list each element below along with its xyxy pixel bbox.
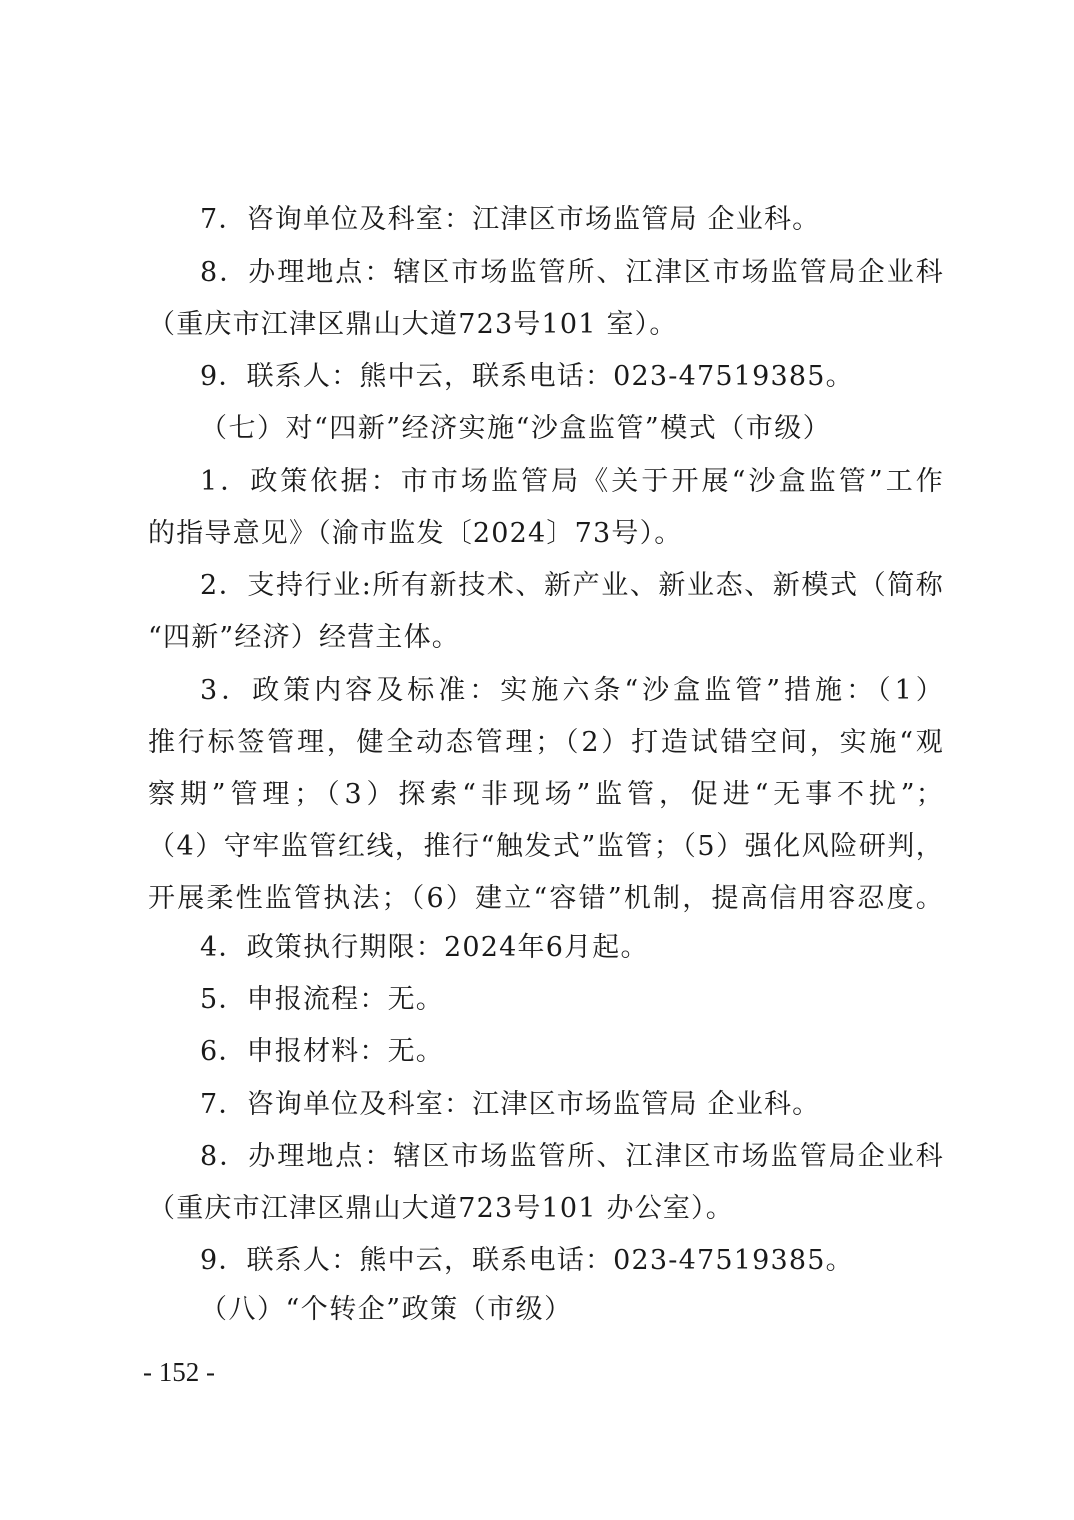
item-period: 4．政策执行期限：2024年6月起。 (200, 928, 944, 968)
item-location-2-line1: 8．办理地点：辖区市场监管所、江津区市场监管局企业科 (200, 1137, 944, 1177)
document-page: 7．咨询单位及科室：江津区市场监管局 企业科。 8．办理地点：辖区市场监管所、江… (0, 0, 1074, 1520)
section-heading-8: （八）“个转企”政策（市级） (200, 1290, 996, 1330)
item-content-line5: 开展柔性监管执法；（6）建立“容错”机制，提高信用容忍度。 (148, 879, 944, 919)
item-industry-line1: 2．支持行业:所有新技术、新产业、新业态、新模式（简称 (200, 566, 944, 606)
item-contact-2: 9．联系人：熊中云，联系电话：023-47519385。 (200, 1241, 944, 1281)
page-number: - 152 - (143, 1354, 215, 1390)
item-content-line2: 推行标签管理，健全动态管理；（2）打造试错空间，实施“观 (148, 723, 944, 763)
item-content-line3: 察期”管理；（3）探索“非现场”监管，促进“无事不扰”； (148, 775, 944, 815)
item-location-line2: （重庆市江津区鼎山大道723号101 室）。 (148, 305, 944, 345)
item-content-line4: （4）守牢监管红线，推行“触发式”监管；（5）强化风险研判， (148, 827, 944, 867)
item-industry-line2: “四新”经济）经营主体。 (148, 618, 944, 658)
item-consult-unit: 7．咨询单位及科室：江津区市场监管局 企业科。 (200, 200, 944, 240)
item-materials: 6．申报材料：无。 (200, 1032, 944, 1072)
item-policy-basis-line1: 1．政策依据：市市场监管局《关于开展“沙盒监管”工作 (200, 462, 944, 502)
section-heading-7: （七）对“四新”经济实施“沙盒监管”模式（市级） (200, 409, 996, 449)
item-policy-basis-line2: 的指导意见》（渝市监发〔2024〕73号）。 (148, 514, 944, 554)
item-contact: 9．联系人：熊中云，联系电话：023-47519385。 (200, 357, 944, 397)
item-location-2-line2: （重庆市江津区鼎山大道723号101 办公室）。 (148, 1189, 944, 1229)
item-consult-unit-2: 7．咨询单位及科室：江津区市场监管局 企业科。 (200, 1085, 944, 1125)
item-content-line1: 3．政策内容及标准：实施六条“沙盒监管”措施：（1） (200, 671, 944, 711)
item-process: 5．申报流程：无。 (200, 980, 944, 1020)
item-location-line1: 8．办理地点：辖区市场监管所、江津区市场监管局企业科 (200, 253, 944, 293)
